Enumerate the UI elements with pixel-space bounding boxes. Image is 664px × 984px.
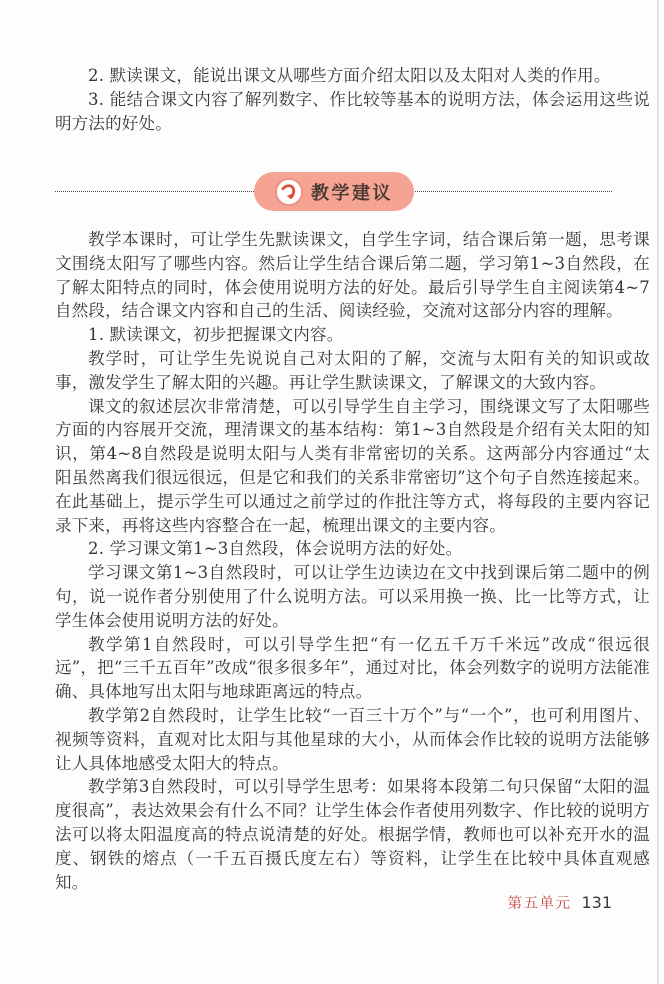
objective-item: 2. 默读课文，能说出课文从哪些方面介绍太阳以及太阳对人类的作用。 [55, 64, 650, 88]
section-divider: 教学建议 [55, 172, 612, 212]
paragraph: 教学第2自然段时，让学生比较“一百三十万个”与“一个”，也可利用图片、视频等资料… [55, 704, 650, 775]
scan-edge-line [657, 0, 659, 984]
paragraph: 教学时，可让学生先说说自己对太阳的了解，交流与太阳有关的知识或故事，激发学生了解… [55, 347, 650, 395]
paragraph: 教学第3自然段时，可以引导学生思考：如果将本段第二句只保留“太阳的温度很高”，表… [55, 775, 650, 894]
paragraph-heading: 1. 默读课文，初步把握课文内容。 [55, 323, 650, 347]
objective-item: 3. 能结合课文内容了解列数字、作比较等基本的说明方法，体会运用这些说明方法的好… [55, 88, 650, 136]
objectives-list: 2. 默读课文，能说出课文从哪些方面介绍太阳以及太阳对人类的作用。 3. 能结合… [55, 64, 650, 135]
body-text: 教学本课时，可让学生先默读课文，自学生字词，结合课后第一题，思考课文围绕太阳写了… [55, 228, 650, 894]
unit-label: 第五单元 [507, 892, 571, 913]
curved-down-arrow-icon [274, 177, 304, 207]
page-number: 131 [581, 893, 612, 912]
section-badge: 教学建议 [254, 172, 414, 211]
section-badge-label: 教学建议 [311, 179, 393, 205]
paragraph: 学习课文第1~3自然段时，可以让学生边读边在文中找到课后第二题中的例句，说一说作… [55, 561, 650, 632]
paragraph-heading: 2. 学习课文第1~3自然段，体会说明方法的好处。 [55, 537, 650, 561]
book-page: 2. 默读课文，能说出课文从哪些方面介绍太阳以及太阳对人类的作用。 3. 能结合… [0, 0, 664, 984]
page-footer: 第五单元 131 [507, 892, 612, 913]
paragraph: 课文的叙述层次非常清楚，可以引导学生自主学习，围绕课文写了太阳哪些方面的内容展开… [55, 395, 650, 538]
paragraph: 教学本课时，可让学生先默读课文，自学生字词，结合课后第一题，思考课文围绕太阳写了… [55, 228, 650, 323]
paragraph: 教学第1自然段时，可以引导学生把“有一亿五千万千米远”改成“很远很远”，把“三千… [55, 633, 650, 704]
